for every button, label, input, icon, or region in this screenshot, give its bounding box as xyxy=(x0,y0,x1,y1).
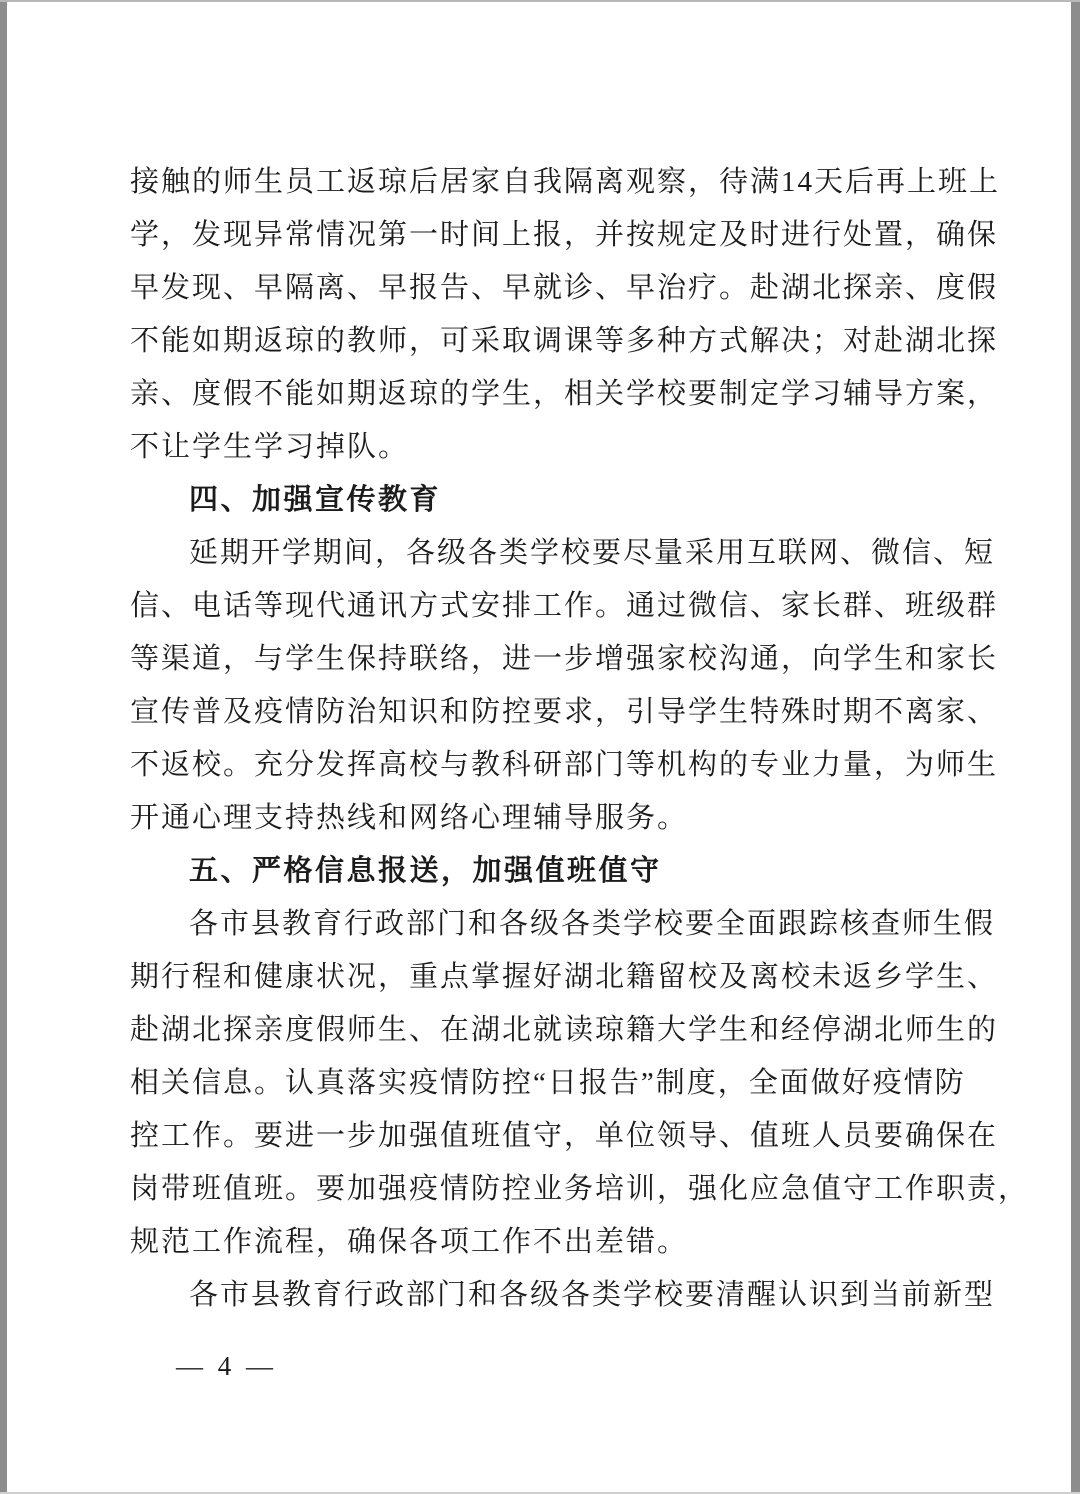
text-line: 学，发现异常情况第一时间上报，并按规定及时进行处置，确保 xyxy=(130,209,965,262)
text-line: 亲、度假不能如期返琼的学生，相关学校要制定学习辅导方案， xyxy=(130,368,965,421)
page-number: — 4 — xyxy=(176,1340,277,1393)
text-line: 不能如期返琼的教师，可采取调课等多种方式解决；对赴湖北探 xyxy=(130,315,965,368)
text-line: 接触的师生员工返琼后居家自我隔离观察，待满14天后再上班上 xyxy=(130,156,965,209)
scan-border-left xyxy=(0,0,7,1494)
document-page: 接触的师生员工返琼后居家自我隔离观察，待满14天后再上班上学，发现异常情况第一时… xyxy=(0,0,1080,1494)
text-line: 早发现、早隔离、早报告、早就诊、早治疗。赴湖北探亲、度假 xyxy=(130,262,965,315)
text-line: 各市县教育行政部门和各级各类学校要全面跟踪核查师生假 xyxy=(130,898,965,951)
text-line: 等渠道，与学生保持联络，进一步增强家校沟通，向学生和家长 xyxy=(130,633,965,686)
scan-border-right xyxy=(1071,0,1080,1494)
text-line: 宣传普及疫情防治知识和防控要求，引导学生特殊时期不离家、 xyxy=(130,686,965,739)
text-line: 赴湖北探亲度假师生、在湖北就读琼籍大学生和经停湖北师生的 xyxy=(130,1004,965,1057)
text-line: 不返校。充分发挥高校与教科研部门等机构的专业力量，为师生 xyxy=(130,739,965,792)
text-line: 相关信息。认真落实疫情防控“日报告”制度，全面做好疫情防 xyxy=(130,1057,965,1110)
document-text-block: 接触的师生员工返琼后居家自我隔离观察，待满14天后再上班上学，发现异常情况第一时… xyxy=(130,156,965,1322)
scan-border-top xyxy=(0,0,1080,2)
text-line: 规范工作流程，确保各项工作不出差错。 xyxy=(130,1216,965,1269)
text-line: 信、电话等现代通讯方式安排工作。通过微信、家长群、班级群 xyxy=(130,580,965,633)
text-line: 岗带班值班。要加强疫情防控业务培训，强化应急值守工作职责， xyxy=(130,1163,965,1216)
text-line: 延期开学期间，各级各类学校要尽量采用互联网、微信、短 xyxy=(130,527,965,580)
section-heading: 四、加强宣传教育 xyxy=(130,474,965,527)
text-line: 开通心理支持热线和网络心理辅导服务。 xyxy=(130,792,965,845)
text-line: 不让学生学习掉队。 xyxy=(130,421,965,474)
text-line: 各市县教育行政部门和各级各类学校要清醒认识到当前新型 xyxy=(130,1269,965,1322)
text-line: 期行程和健康状况，重点掌握好湖北籍留校及离校未返乡学生、 xyxy=(130,951,965,1004)
section-heading: 五、严格信息报送，加强值班值守 xyxy=(130,845,965,898)
text-line: 控工作。要进一步加强值班值守，单位领导、值班人员要确保在 xyxy=(130,1110,965,1163)
